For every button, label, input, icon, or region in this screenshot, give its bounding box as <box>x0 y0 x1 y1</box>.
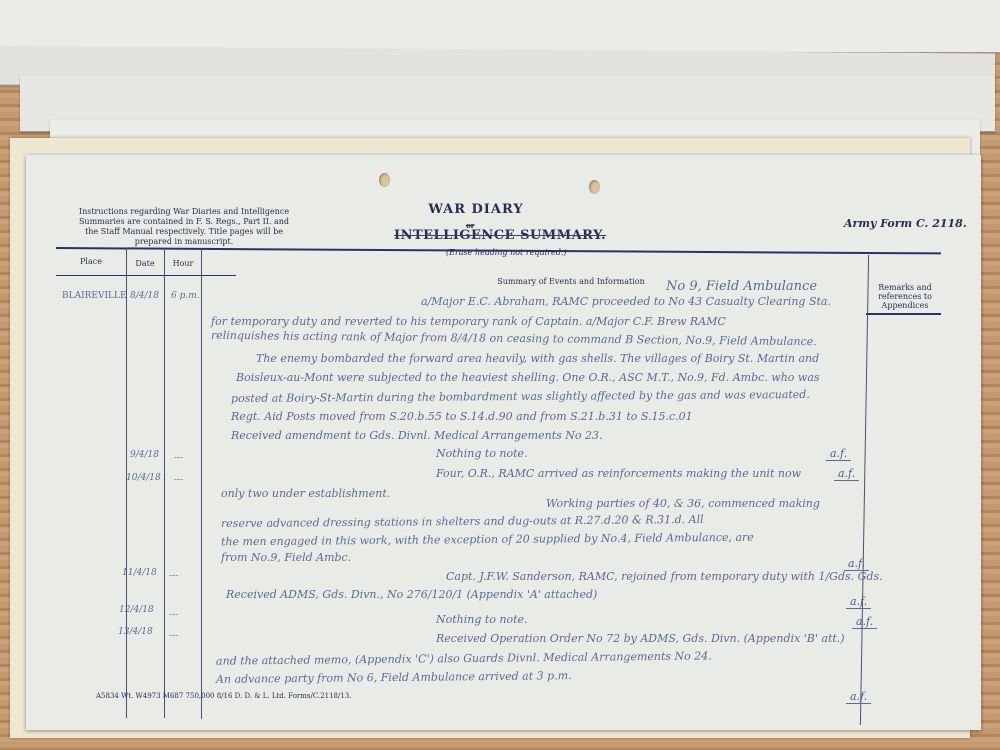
column-divider <box>164 248 165 718</box>
diary-line: only two under establishment. <box>221 487 390 500</box>
entry-date: 8/4/18 <box>130 291 159 301</box>
entry-hour: --- <box>169 571 178 581</box>
entry-date: 10/4/18 <box>126 473 161 483</box>
remarks-column-divider <box>860 255 869 725</box>
column-header-place: Place <box>66 257 116 266</box>
instructions-text: Instructions regarding War Diaries and I… <box>74 207 294 247</box>
remarks-initials: a.f. <box>846 595 871 609</box>
diary-line: Nothing to note. <box>436 613 528 626</box>
struck-subtitle: INTELLIGENCE SUMMARY. <box>394 228 606 243</box>
diary-line: The enemy bombarded the forward area hea… <box>256 352 819 365</box>
column-divider <box>201 249 202 719</box>
diary-line: from No.9, Field Ambc. <box>221 551 351 564</box>
diary-line: and the attached memo, (Appendix 'C') al… <box>216 649 712 667</box>
remarks-initials: a.f. <box>852 615 877 629</box>
diary-line: Working parties of 40, & 36, commenced m… <box>546 497 820 510</box>
page-title: WAR DIARY <box>381 202 571 217</box>
diary-line: Received ADMS, Gds. Divn., No 276/120/1 … <box>226 588 597 601</box>
diary-line: Capt. J.F.W. Sanderson, RAMC, rejoined f… <box>446 570 883 583</box>
diary-line: Received Operation Order No 72 by ADMS, … <box>436 632 845 645</box>
entry-date: 11/4/18 <box>122 568 157 578</box>
entry-date: 12/4/18 <box>119 605 154 615</box>
entry-hour: --- <box>169 631 178 641</box>
column-header-remarks: Remarks and references to Appendices <box>871 283 939 310</box>
diary-line: a/Major E.C. Abraham, RAMC proceeded to … <box>421 295 831 308</box>
diary-line: the men engaged in this work, with the e… <box>221 531 754 549</box>
entry-hour: --- <box>174 453 183 463</box>
column-header-date: Date <box>128 259 162 268</box>
diary-line: posted at Boiry-St-Martin during the bom… <box>231 388 810 405</box>
remarks-initials: a.f. <box>826 447 851 461</box>
entry-hour: --- <box>174 475 183 485</box>
punch-hole <box>379 173 390 187</box>
header-rule-bottom <box>56 275 236 276</box>
remarks-initials: a.f. <box>846 690 871 704</box>
column-divider <box>126 248 127 718</box>
diary-line: Received amendment to Gds. Divnl. Medica… <box>231 429 603 442</box>
remarks-header-rule <box>866 313 941 315</box>
entry-hour: 6 p.m. <box>171 291 200 301</box>
war-diary-page: Instructions regarding War Diaries and I… <box>26 155 981 730</box>
remarks-initials: a.f. <box>844 557 869 571</box>
entry-date: 13/4/18 <box>118 627 153 637</box>
column-header-summary: Summary of Events and Information <box>471 277 671 286</box>
diary-line: relinquishes his acting rank of Major fr… <box>211 329 817 348</box>
diary-line: for temporary duty and reverted to his t… <box>211 315 726 328</box>
entry-hour: --- <box>169 610 178 620</box>
remarks-initials: a.f. <box>834 467 859 481</box>
column-header-hour: Hour <box>166 259 200 268</box>
diary-line: Regt. Aid Posts moved from S.20.b.55 to … <box>231 410 693 423</box>
printer-imprint: A5834 Wt. W4973 M687 750,000 8/16 D. D. … <box>96 692 352 700</box>
diary-line: An advance party from No 6, Field Ambula… <box>216 669 572 686</box>
diary-line: Boisleux-au-Mont were subjected to the h… <box>236 371 820 384</box>
diary-line: Nothing to note. <box>436 447 528 460</box>
entry-date: 9/4/18 <box>130 450 159 460</box>
form-number: Army Form C. 2118. <box>844 217 967 230</box>
unit-heading: No 9, Field Ambulance <box>666 279 817 294</box>
punch-hole <box>589 180 600 194</box>
page-stack-top <box>0 0 1000 53</box>
diary-line: Four, O.R., RAMC arrived as reinforcemen… <box>436 467 801 480</box>
entry-place: BLAIREVILLE <box>62 291 127 301</box>
diary-line: reserve advanced dressing stations in sh… <box>221 513 704 530</box>
